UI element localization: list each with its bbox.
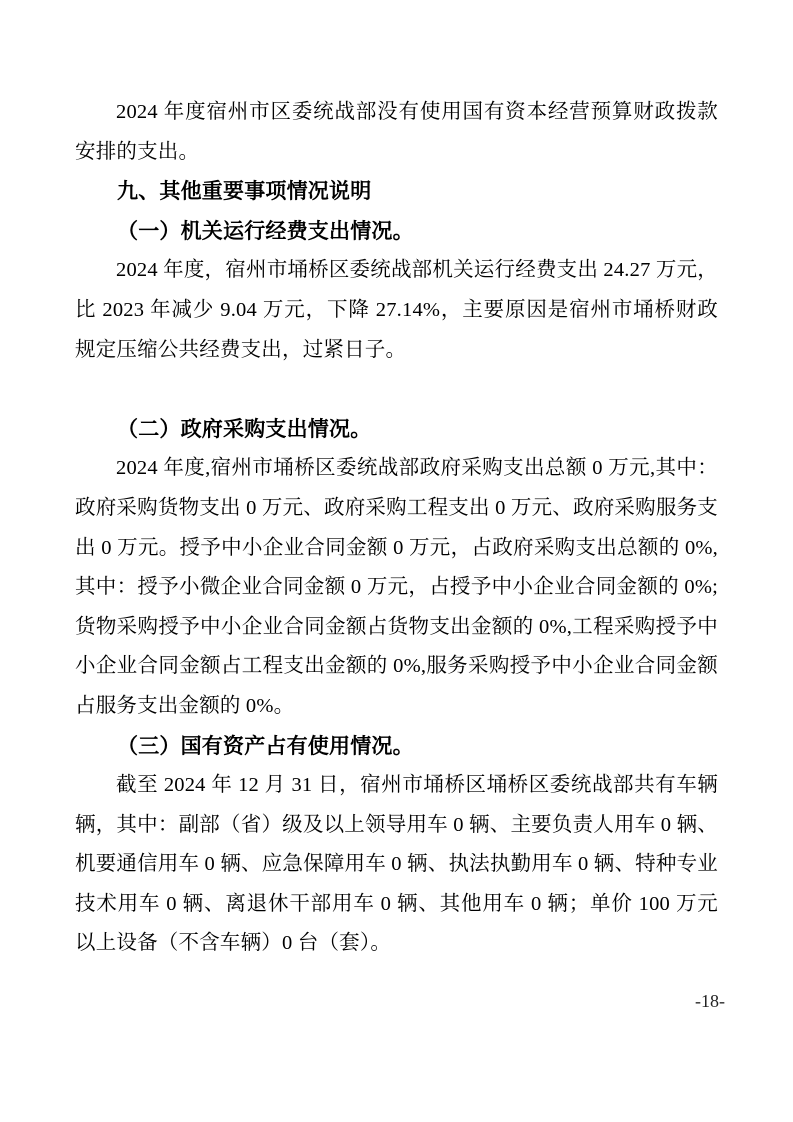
- subsection-3-line-2: 辆，其中：副部（省）级及以上领导用车 0 辆、主要负责人用车 0 辆、: [75, 806, 718, 846]
- subsection-1-line-3: 规定压缩公共经费支出，过紧日子。: [75, 331, 718, 371]
- subsection-3-line-3: 机要通信用车 0 辆、应急保障用车 0 辆、执法执勤用车 0 辆、特种专业: [75, 845, 718, 885]
- subsection-1-line-2: 比 2023 年减少 9.04 万元，下降 27.14%，主要原因是宿州市埇桥财…: [75, 291, 718, 331]
- subsection-2-line-3: 出 0 万元。授予中小企业合同金额 0 万元，占政府采购支出总额的 0%,: [75, 529, 718, 569]
- page-number: -18-: [695, 991, 725, 1012]
- subsection-1-line-1: 2024 年度，宿州市埇桥区委统战部机关运行经费支出 24.27 万元，: [75, 251, 718, 291]
- subsection-heading-3: （三）国有资产占有使用情况。: [75, 727, 718, 767]
- intro-paragraph-line-2: 安排的支出。: [75, 133, 718, 173]
- subsection-3-line-5: 以上设备（不含车辆）0 台（套）。: [75, 924, 718, 964]
- subsection-2-line-5: 货物采购授予中小企业合同金额占货物支出金额的 0%,工程采购授予中: [75, 608, 718, 648]
- subsection-2-line-4: 其中：授予小微企业合同金额 0 万元，占授予中小企业合同金额的 0%;: [75, 568, 718, 608]
- subsection-2-line-6: 小企业合同金额占工程支出金额的 0%,服务采购授予中小企业合同金额: [75, 647, 718, 687]
- subsection-heading-2: （二）政府采购支出情况。: [75, 410, 718, 450]
- subsection-2-line-7: 占服务支出金额的 0%。: [75, 687, 718, 727]
- blank-line: [75, 370, 718, 410]
- document-body: 2024 年度宿州市区委统战部没有使用国有资本经营预算财政拨款 安排的支出。 九…: [75, 93, 718, 964]
- section-heading-nine: 九、其他重要事项情况说明: [75, 172, 718, 212]
- subsection-3-line-4: 技术用车 0 辆、离退休干部用车 0 辆、其他用车 0 辆；单价 100 万元（…: [75, 885, 718, 925]
- subsection-3-line-1: 截至 2024 年 12 月 31 日，宿州市埇桥区埇桥区委统战部共有车辆 0: [75, 766, 718, 806]
- document-page: 2024 年度宿州市区委统战部没有使用国有资本经营预算财政拨款 安排的支出。 九…: [0, 0, 793, 1122]
- subsection-heading-1: （一）机关运行经费支出情况。: [75, 212, 718, 252]
- subsection-2-line-2: 政府采购货物支出 0 万元、政府采购工程支出 0 万元、政府采购服务支: [75, 489, 718, 529]
- subsection-2-line-1: 2024 年度,宿州市埇桥区委统战部政府采购支出总额 0 万元,其中：: [75, 449, 718, 489]
- intro-paragraph-line-1: 2024 年度宿州市区委统战部没有使用国有资本经营预算财政拨款: [75, 93, 718, 133]
